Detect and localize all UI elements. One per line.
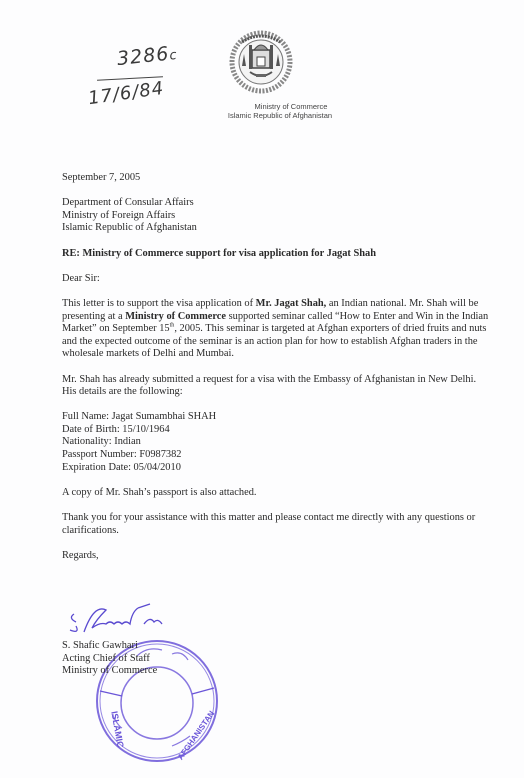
stamp-text-right: AFGHANISTAN (176, 709, 217, 762)
signature-block: S. Shafic Gawhari Acting Chief of Staff … (62, 640, 157, 678)
handwritten-reference-date: 17/6/84 (87, 78, 166, 109)
paragraph-visa-request: Mr. Shah has already submitted a request… (62, 374, 492, 399)
detail-row: Expiration Date: 05/04/2010 (62, 462, 492, 475)
paragraph-thanks: Thank you for your assistance with this … (62, 512, 492, 537)
detail-row: Passport Number: F0987382 (62, 449, 492, 462)
applicant-details: Full Name: Jagat Sumambhai SHAHDate of B… (62, 411, 492, 474)
signer-name: S. Shafic Gawhari (62, 640, 157, 653)
letter-date: September 7, 2005 (62, 172, 492, 185)
salutation: Dear Sir: (62, 273, 492, 286)
letter-body: September 7, 2005 Department of Consular… (62, 172, 492, 562)
reference-suffix: c (169, 48, 179, 64)
handwritten-reference-number: 3286c (116, 42, 178, 70)
reference-number: 3286 (116, 43, 170, 70)
detail-row: Nationality: Indian (62, 436, 492, 449)
letter-page: 3286c 17/6/84 Ministry of Commerce Islam… (0, 0, 524, 778)
paragraph-support: This letter is to support the visa appli… (62, 298, 492, 361)
handwritten-signature-icon (66, 600, 176, 640)
subject-line: RE: Ministry of Commerce support for vis… (62, 248, 492, 261)
signer-title: Acting Chief of Staff (62, 653, 157, 666)
detail-row: Full Name: Jagat Sumambhai SHAH (62, 411, 492, 424)
letterhead-ministry: Ministry of Commerce (200, 102, 360, 111)
recipient-line-1: Department of Consular Affairs (62, 197, 492, 210)
para1-text-1: This letter is to support the visa appli… (62, 298, 256, 309)
detail-row: Date of Birth: 15/10/1964 (62, 424, 492, 437)
applicant-name: Mr. Jagat Shah, (256, 298, 327, 309)
recipient-line-3: Islamic Republic of Afghanistan (62, 222, 492, 235)
afghanistan-coat-of-arms-icon (228, 28, 294, 94)
signer-organization: Ministry of Commerce (62, 665, 157, 678)
ministry-name: Ministry of Commerce (125, 311, 226, 322)
paragraph-passport-copy: A copy of Mr. Shah’s passport is also at… (62, 487, 492, 500)
recipient-line-2: Ministry of Foreign Affairs (62, 210, 492, 223)
letterhead: Ministry of Commerce Islamic Republic of… (200, 102, 360, 120)
letterhead-country: Islamic Republic of Afghanistan (200, 111, 360, 120)
closing: Regards, (62, 550, 492, 563)
